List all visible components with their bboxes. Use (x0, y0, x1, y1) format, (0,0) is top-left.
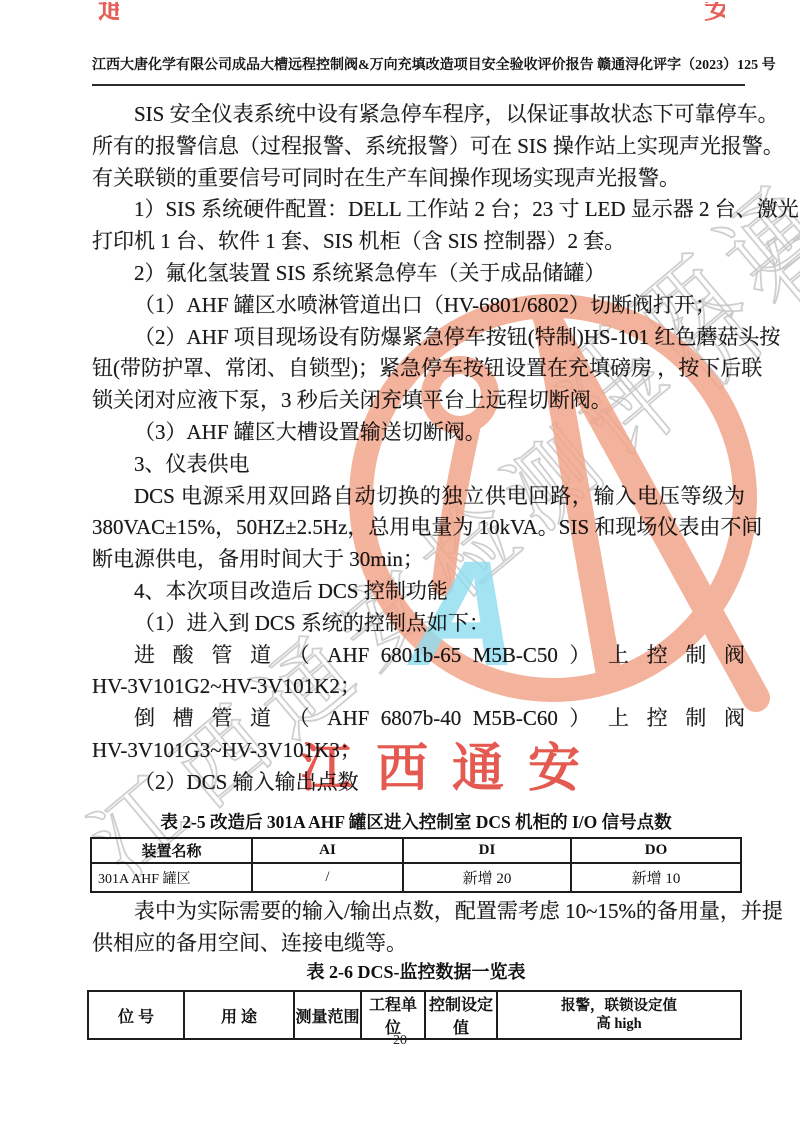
body-text: SIS 安全仪表系统中设有紧急停车程序，以保证事故状态下可靠停车。 所有的报警信… (92, 99, 745, 799)
io-signal-table: 装置名称 AI DI DO 301A AHF 罐区 / 新增 20 新增 10 (90, 837, 742, 893)
note-text: 表中为实际需要的输入/输出点数，配置需考虑 10~15%的备用量，并提 供相应的… (92, 896, 745, 960)
body-line: （2）AHF 项目现场设有防爆紧急停车按钮(特制)HS-101 红色蘑菇头按 (92, 322, 745, 354)
table-row: 301A AHF 罐区 / 新增 20 新增 10 (91, 863, 741, 892)
col-header-purpose: 用 途 (184, 991, 294, 1039)
body-line: HV-3V101G2~HV-3V101K2； (92, 671, 745, 703)
body-line: 钮(带防护罩、常闭、自锁型)；紧急停车按钮设置在充填磅房 ，按下后联 (92, 353, 745, 385)
col-header-range: 测量范围 (294, 991, 361, 1039)
table-2-5-caption: 表 2-5 改造后 301A AHF 罐区进入控制室 DCS 机柜的 I/O 信… (90, 809, 742, 834)
body-line: DCS 电源采用双回路自动切换的独立供电回路，输入电压等级为 (92, 481, 745, 513)
body-line: SIS 安全仪表系统中设有紧急停车程序，以保证事故状态下可靠停车。 (92, 99, 745, 131)
body-line: 3、仪表供电 (92, 449, 745, 481)
body-line: 2）氟化氢装置 SIS 系统紧急停车（关于成品储罐） (92, 258, 745, 290)
cell-device: 301A AHF 罐区 (91, 863, 252, 892)
col-header-do: DO (571, 838, 741, 863)
col-header-unit: 工程单位 (361, 991, 425, 1039)
body-line: 有关联锁的重要信号可同时在生产车间操作现场实现声光报警。 (92, 163, 745, 195)
top-stamp-fragment: 通 (98, 2, 119, 27)
cell-di: 新增 20 (403, 863, 571, 892)
body-line: HV-3V101G3~HV-3V101K3； (92, 735, 745, 767)
body-line: 1）SIS 系统硬件配置：DELL 工作站 2 台；23 寸 LED 显示器 2… (92, 194, 745, 226)
col-header-device: 装置名称 (91, 838, 252, 863)
cell-ai: / (252, 863, 403, 892)
cell-do: 新增 10 (571, 863, 741, 892)
body-line: 打印机 1 台、软件 1 套、SIS 机柜（含 SIS 控制器）2 套。 (92, 226, 745, 258)
col-header-alarm: 报警，联锁设定值 高 high (497, 991, 741, 1039)
body-line: 倒 槽 管 道 （ AHF 6807b-40 M5B-C60 ） 上 控 制 阀 (92, 703, 745, 735)
body-line: 所有的报警信息（过程报警、系统报警）可在 SIS 操作站上实现声光报警。 (92, 131, 745, 163)
body-line: 380VAC±15%，50HZ±2.5Hz，总用电量为 10kVA。SIS 和现… (92, 512, 745, 544)
body-line: 4、本次项目改造后 DCS 控制功能 (92, 576, 745, 608)
table-header-row: 装置名称 AI DI DO (91, 838, 741, 863)
col-header-di: DI (403, 838, 571, 863)
body-line: （1）进入到 DCS 系统的控制点如下： (92, 608, 745, 640)
col-header-ai: AI (252, 838, 403, 863)
table-2-6-caption: 表 2-6 DCS-监控数据一览表 (90, 958, 742, 984)
note-line: 表中为实际需要的输入/输出点数，配置需考虑 10~15%的备用量，并提 (92, 896, 745, 928)
top-stamp-fragment: 安 (704, 2, 725, 27)
col-header-tag: 位 号 (88, 991, 184, 1039)
body-line: （2）DCS 输入输出点数 (92, 767, 745, 799)
page-number: 20 (0, 1033, 800, 1049)
document-page: 江西大唐化学有限公司成品大槽远程控制阀&万向充填改造项目安全验收评价报告 赣通浔… (0, 0, 800, 1131)
table-header-row: 位 号 用 途 测量范围 工程单位 控制设定值 报警，联锁设定值 高 high (88, 991, 741, 1039)
alarm-header-line1: 报警，联锁设定值 (498, 997, 740, 1015)
report-header: 江西大唐化学有限公司成品大槽远程控制阀&万向充填改造项目安全验收评价报告 赣通浔… (92, 54, 745, 86)
body-line: 断电源供电，备用时间大于 30min； (92, 544, 745, 576)
alarm-header-line2: 高 high (498, 1015, 740, 1033)
col-header-setpoint: 控制设定值 (425, 991, 497, 1039)
body-line: （1）AHF 罐区水喷淋管道出口（HV-6801/6802）切断阀打开； (92, 290, 745, 322)
body-line: （3）AHF 罐区大槽设置输送切断阀。 (92, 417, 745, 449)
note-line: 供相应的备用空间、连接电缆等。 (92, 928, 745, 960)
body-line: 锁关闭对应液下泵，3 秒后关闭充填平台上远程切断阀。 (92, 385, 745, 417)
body-line: 进 酸 管 道 （ AHF 6801b-65 M5B-C50 ） 上 控 制 阀 (92, 640, 745, 672)
